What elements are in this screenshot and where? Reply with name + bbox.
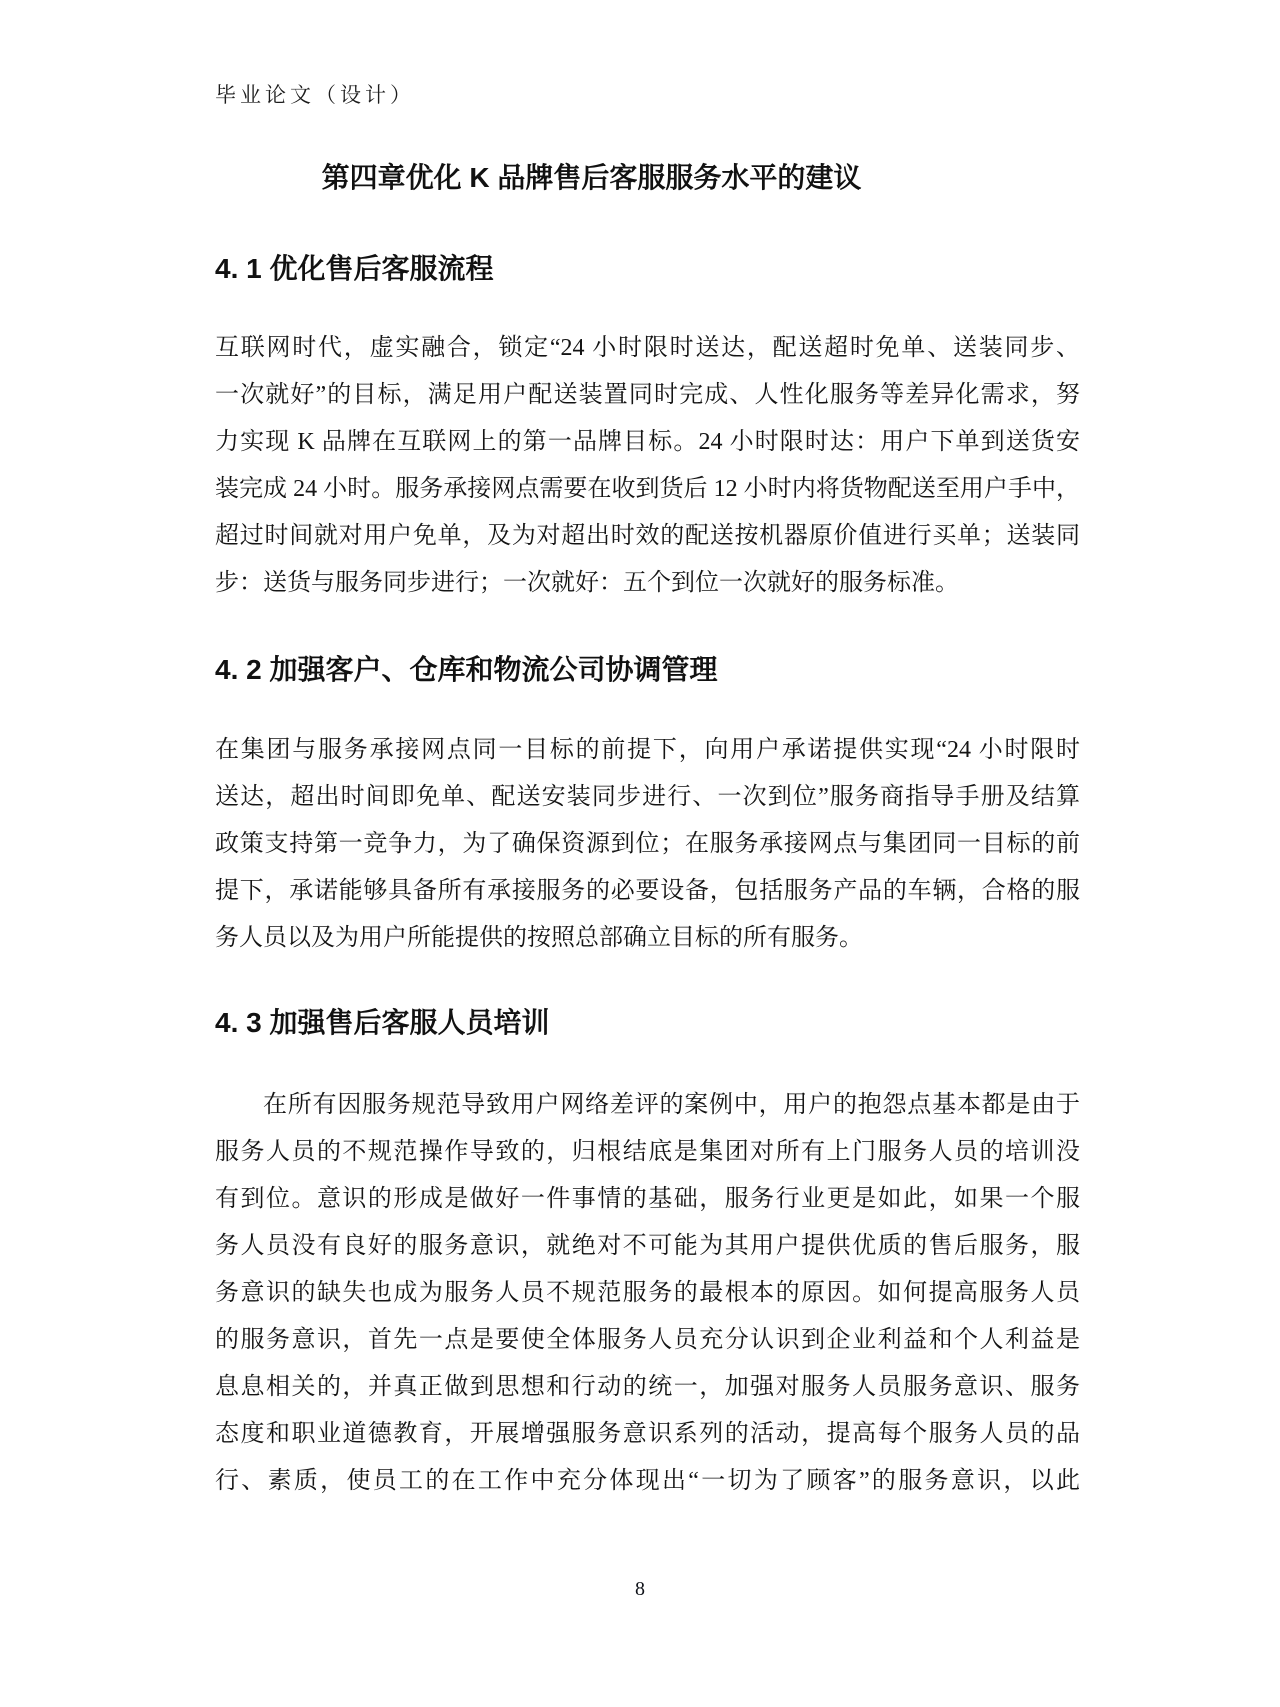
page-content: 毕业论文（设计） 第四章优化 K 品牌售后客服服务水平的建议 4. 1 优化售后… xyxy=(0,0,1280,1505)
section-heading-4-3: 4. 3 加强售后客服人员培训 xyxy=(215,1004,1080,1042)
running-header: 毕业论文（设计） xyxy=(215,0,1080,108)
text-line: 步：送货与服务同步进行；一次就好：五个到位一次就好的服务标准。 xyxy=(215,560,1080,607)
document-page: 毕业论文（设计） 第四章优化 K 品牌售后客服服务水平的建议 4. 1 优化售后… xyxy=(0,0,1280,1707)
paragraph-4-2: 在集团与服务承接网点同一目标的前提下，向用户承诺提供实现“24 小时限时 送达，… xyxy=(215,727,1080,962)
text-line: 力实现 K 品牌在互联网上的第一品牌目标。24 小时限时达：用户下单到送货安 xyxy=(215,419,1080,466)
paragraph-4-3: 在所有因服务规范导致用户网络差评的案例中，用户的抱怨点基本都是由于 服务人员的不… xyxy=(215,1082,1080,1505)
paragraph-4-1: 互联网时代，虚实融合，锁定“24 小时限时送达，配送超时免单、送装同步、 一次就… xyxy=(215,325,1080,607)
text-line: 政策支持第一竞争力，为了确保资源到位；在服务承接网点与集团同一目标的前 xyxy=(215,821,1080,868)
text-line: 行、素质，使员工的在工作中充分体现出“一切为了顾客”的服务意识，以此 xyxy=(215,1458,1080,1505)
text-line: 态度和职业道德教育，开展增强服务意识系列的活动，提高每个服务人员的品 xyxy=(215,1411,1080,1458)
text-line: 装完成 24 小时。服务承接网点需要在收到货后 12 小时内将货物配送至用户手中… xyxy=(215,466,1080,513)
section-heading-4-1: 4. 1 优化售后客服流程 xyxy=(215,250,1080,288)
text-line: 一次就好”的目标，满足用户配送装置同时完成、人性化服务等差异化需求，努 xyxy=(215,372,1080,419)
text-line: 送达，超出时间即免单、配送安装同步进行、一次到位”服务商指导手册及结算 xyxy=(215,774,1080,821)
text-line: 的服务意识，首先一点是要使全体服务人员充分认识到企业利益和个人利益是 xyxy=(215,1317,1080,1364)
text-line: 有到位。意识的形成是做好一件事情的基础，服务行业更是如此，如果一个服 xyxy=(215,1176,1080,1223)
text-line: 互联网时代，虚实融合，锁定“24 小时限时送达，配送超时免单、送装同步、 xyxy=(215,325,1080,372)
section-heading-4-2: 4. 2 加强客户、仓库和物流公司协调管理 xyxy=(215,651,1080,689)
text-line: 服务人员的不规范操作导致的，归根结底是集团对所有上门服务人员的培训没 xyxy=(215,1129,1080,1176)
text-line: 务人员以及为用户所能提供的按照总部确立目标的所有服务。 xyxy=(215,915,1080,962)
text-line: 提下，承诺能够具备所有承接服务的必要设备，包括服务产品的车辆，合格的服 xyxy=(215,868,1080,915)
text-line: 务意识的缺失也成为服务人员不规范服务的最根本的原因。如何提高服务人员 xyxy=(215,1270,1080,1317)
text-line: 在集团与服务承接网点同一目标的前提下，向用户承诺提供实现“24 小时限时 xyxy=(215,727,1080,774)
page-number: 8 xyxy=(0,1578,1280,1601)
chapter-title: 第四章优化 K 品牌售后客服服务水平的建议 xyxy=(215,158,1080,198)
text-line: 超过时间就对用户免单，及为对超出时效的配送按机器原价值进行买单；送装同 xyxy=(215,513,1080,560)
text-line: 息息相关的，并真正做到思想和行动的统一，加强对服务人员服务意识、服务 xyxy=(215,1364,1080,1411)
text-line: 务人员没有良好的服务意识，就绝对不可能为其用户提供优质的售后服务，服 xyxy=(215,1223,1080,1270)
text-line: 在所有因服务规范导致用户网络差评的案例中，用户的抱怨点基本都是由于 xyxy=(215,1082,1080,1129)
